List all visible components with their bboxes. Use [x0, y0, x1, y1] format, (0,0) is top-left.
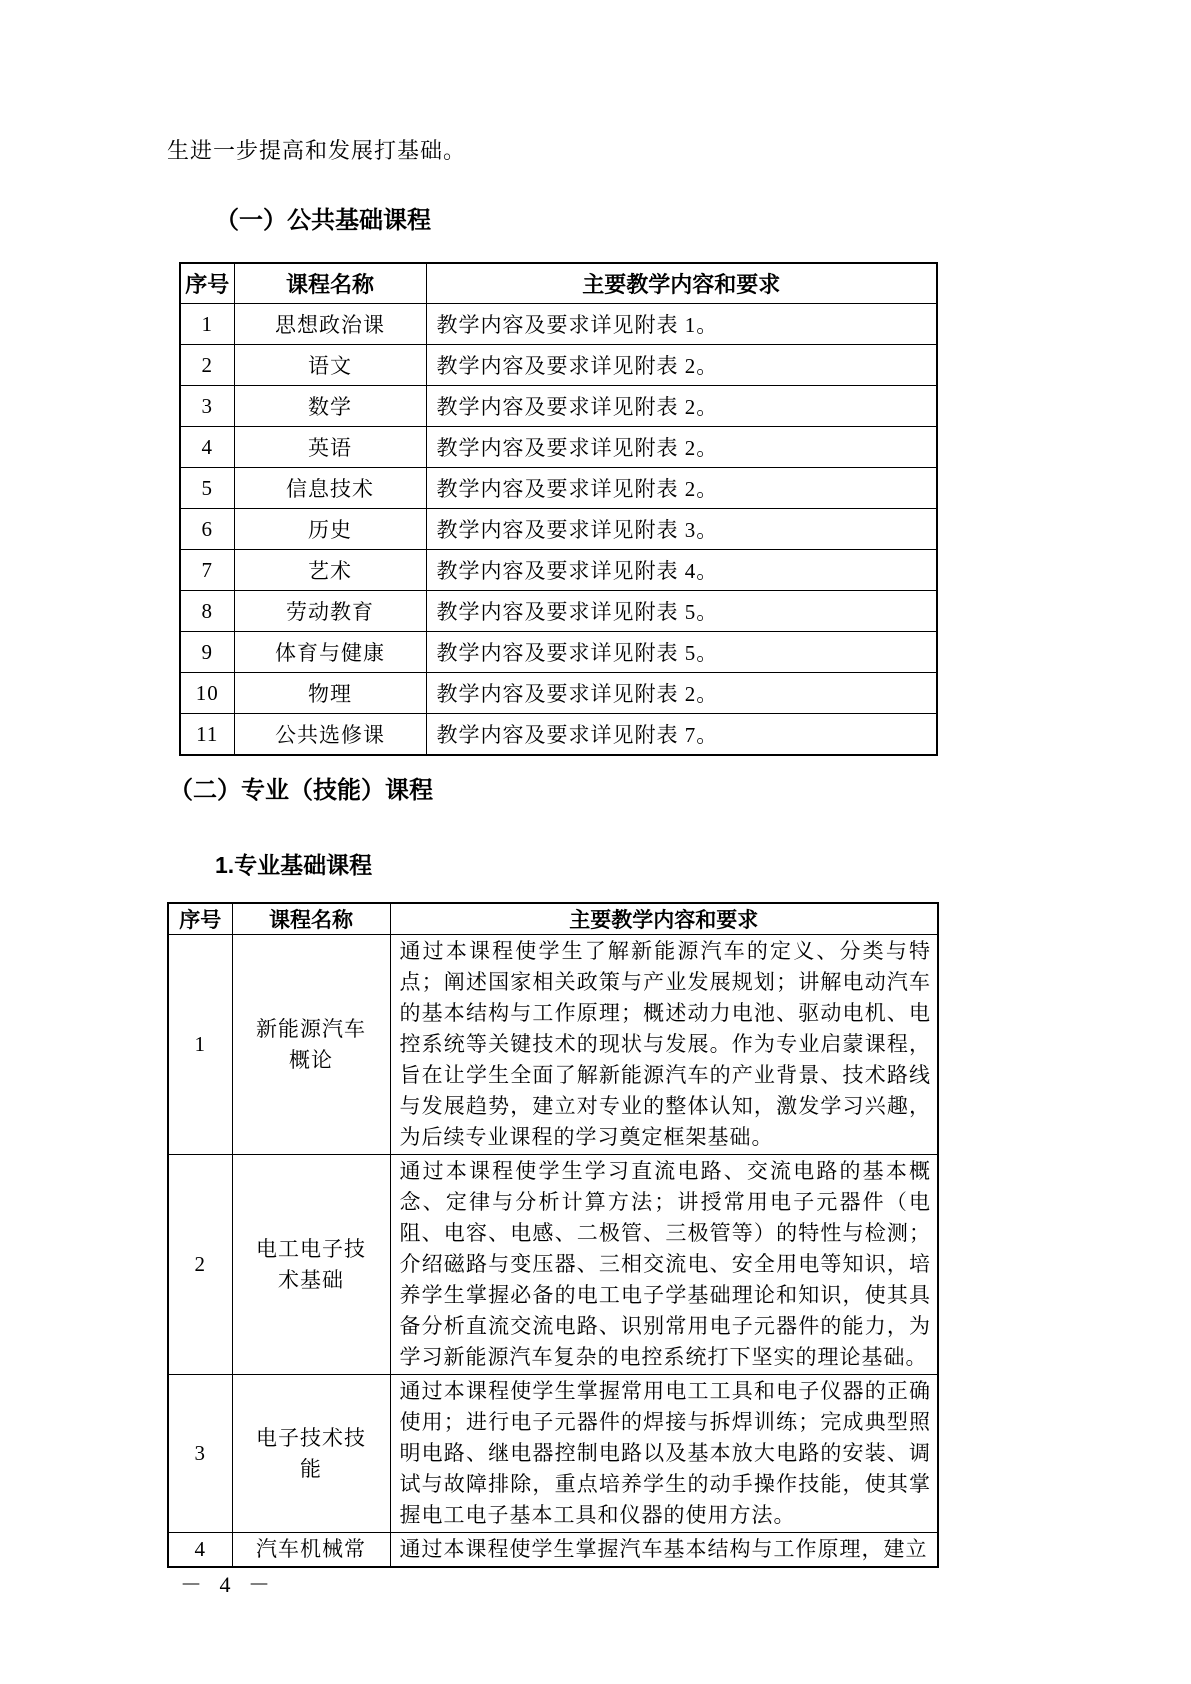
cell-course-name: 物理 — [234, 673, 426, 714]
table-row: 4 英语 教学内容及要求详见附表 2。 — [180, 427, 937, 468]
cell-no: 3 — [168, 1375, 232, 1533]
table-row: 7 艺术 教学内容及要求详见附表 4。 — [180, 550, 937, 591]
public-courses-table: 序号 课程名称 主要教学内容和要求 1 思想政治课 教学内容及要求详见附表 1。… — [179, 262, 938, 756]
cell-course-desc: 教学内容及要求详见附表 4。 — [426, 550, 937, 591]
cell-no: 7 — [180, 550, 234, 591]
subsection-heading-professional-basic: 1.专业基础课程 — [215, 850, 938, 880]
cell-course-desc: 教学内容及要求详见附表 2。 — [426, 345, 937, 386]
cell-course-desc: 教学内容及要求详见附表 2。 — [426, 386, 937, 427]
cell-course-name: 历史 — [234, 509, 426, 550]
cell-no: 1 — [168, 935, 232, 1155]
cell-course-name: 思想政治课 — [234, 304, 426, 345]
cell-course-desc: 教学内容及要求详见附表 2。 — [426, 427, 937, 468]
cell-course-desc: 通过本课程使学生了解新能源汽车的定义、分类与特点；阐述国家相关政策与产业发展规划… — [390, 935, 938, 1155]
table-row: 3 数学 教学内容及要求详见附表 2。 — [180, 386, 937, 427]
header-cell-name: 课程名称 — [234, 263, 426, 304]
cell-course-desc: 通过本课程使学生掌握常用电工工具和电子仪器的正确使用；进行电子元器件的焊接与拆焊… — [390, 1375, 938, 1533]
intro-text: 生进一步提高和发展打基础。 — [167, 136, 938, 166]
table-row: 3 电子技术技能 通过本课程使学生掌握常用电工工具和电子仪器的正确使用；进行电子… — [168, 1375, 938, 1533]
header-cell-desc: 主要教学内容和要求 — [390, 903, 938, 935]
cell-course-name: 体育与健康 — [234, 632, 426, 673]
table-row: 6 历史 教学内容及要求详见附表 3。 — [180, 509, 937, 550]
document-page: 生进一步提高和发展打基础。 （一）公共基础课程 序号 课程名称 主要教学内容和要… — [0, 0, 1191, 1684]
cell-course-name: 英语 — [234, 427, 426, 468]
table-row: 1 新能源汽车概论 通过本课程使学生了解新能源汽车的定义、分类与特点；阐述国家相… — [168, 935, 938, 1155]
cell-course-desc: 教学内容及要求详见附表 5。 — [426, 632, 937, 673]
cell-no: 10 — [180, 673, 234, 714]
header-cell-name: 课程名称 — [232, 903, 390, 935]
cell-course-desc: 教学内容及要求详见附表 3。 — [426, 509, 937, 550]
cell-course-name: 电工电子技术基础 — [232, 1155, 390, 1375]
table-row: 2 电工电子技术基础 通过本课程使学生学习直流电路、交流电路的基本概念、定律与分… — [168, 1155, 938, 1375]
cell-course-desc: 教学内容及要求详见附表 2。 — [426, 468, 937, 509]
page-content: 生进一步提高和发展打基础。 （一）公共基础课程 序号 课程名称 主要教学内容和要… — [0, 0, 1191, 1568]
professional-courses-table: 序号 课程名称 主要教学内容和要求 1 新能源汽车概论 通过本课程使学生了解新能… — [167, 902, 939, 1568]
header-cell-no: 序号 — [180, 263, 234, 304]
table-row: 4 汽车机械常 通过本课程使学生掌握汽车基本结构与工作原理，建立 — [168, 1533, 938, 1568]
header-cell-no: 序号 — [168, 903, 232, 935]
cell-no: 1 — [180, 304, 234, 345]
cell-course-name: 电子技术技能 — [232, 1375, 390, 1533]
table-row: 2 语文 教学内容及要求详见附表 2。 — [180, 345, 937, 386]
cell-course-name: 信息技术 — [234, 468, 426, 509]
table-header-row: 序号 课程名称 主要教学内容和要求 — [168, 903, 938, 935]
cell-no: 3 — [180, 386, 234, 427]
cell-course-name: 公共选修课 — [234, 714, 426, 756]
table-row: 5 信息技术 教学内容及要求详见附表 2。 — [180, 468, 937, 509]
cell-no: 5 — [180, 468, 234, 509]
cell-course-desc: 教学内容及要求详见附表 7。 — [426, 714, 937, 756]
table-row: 1 思想政治课 教学内容及要求详见附表 1。 — [180, 304, 937, 345]
cell-no: 8 — [180, 591, 234, 632]
header-cell-desc: 主要教学内容和要求 — [426, 263, 937, 304]
cell-no: 6 — [180, 509, 234, 550]
cell-course-name: 劳动教育 — [234, 591, 426, 632]
cell-course-desc: 通过本课程使学生掌握汽车基本结构与工作原理，建立 — [390, 1533, 938, 1568]
cell-no: 11 — [180, 714, 234, 756]
cell-no: 4 — [168, 1533, 232, 1568]
section-heading-public-courses: （一）公共基础课程 — [215, 206, 938, 236]
cell-no: 9 — [180, 632, 234, 673]
cell-course-name: 数学 — [234, 386, 426, 427]
table-row: 10 物理 教学内容及要求详见附表 2。 — [180, 673, 937, 714]
table-row: 9 体育与健康 教学内容及要求详见附表 5。 — [180, 632, 937, 673]
cell-no: 2 — [168, 1155, 232, 1375]
page-number: － 4 － — [180, 1568, 276, 1599]
cell-course-desc: 通过本课程使学生学习直流电路、交流电路的基本概念、定律与分析计算方法；讲授常用电… — [390, 1155, 938, 1375]
cell-course-name: 艺术 — [234, 550, 426, 591]
cell-course-desc: 教学内容及要求详见附表 1。 — [426, 304, 937, 345]
section-heading-professional-courses: （二）专业（技能）课程 — [169, 776, 938, 806]
table-header-row: 序号 课程名称 主要教学内容和要求 — [180, 263, 937, 304]
cell-course-name: 新能源汽车概论 — [232, 935, 390, 1155]
cell-course-desc: 教学内容及要求详见附表 2。 — [426, 673, 937, 714]
cell-course-name: 语文 — [234, 345, 426, 386]
cell-no: 2 — [180, 345, 234, 386]
table-row: 8 劳动教育 教学内容及要求详见附表 5。 — [180, 591, 937, 632]
cell-course-desc: 教学内容及要求详见附表 5。 — [426, 591, 937, 632]
cell-no: 4 — [180, 427, 234, 468]
table-row: 11 公共选修课 教学内容及要求详见附表 7。 — [180, 714, 937, 756]
cell-course-name: 汽车机械常 — [232, 1533, 390, 1568]
